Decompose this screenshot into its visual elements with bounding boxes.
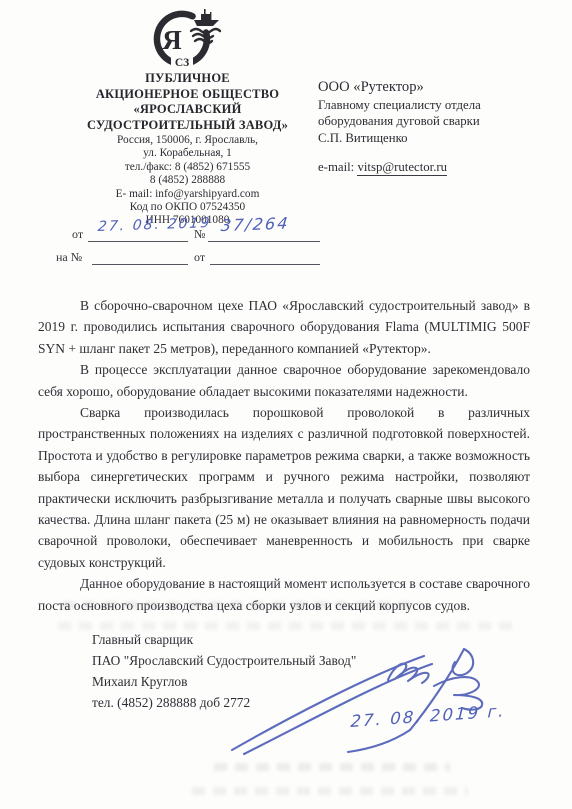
- address-line: Россия, 150006, г. Ярославль,: [30, 134, 345, 147]
- address-line: тел./факс: 8 (4852) 671555: [30, 161, 345, 174]
- ref-no-label: №: [194, 227, 205, 242]
- bleed-through-ghost: [62, 601, 422, 609]
- bleed-through-ghost: [192, 787, 468, 795]
- recipient-email-line: e-mail: vitsp@rutector.ru: [318, 159, 558, 175]
- shipyard-logo-icon: Я СЗ: [146, 6, 226, 72]
- scanned-letter: Я СЗ ПУБЛИЧНОЕ АКЦИОНЕРНОЕ ОБЩЕСТВО «ЯРО…: [0, 0, 572, 809]
- company-name-line: АКЦИОНЕРНОЕ ОБЩЕСТВО: [30, 87, 345, 103]
- address-line: ул. Корабельная, 1: [30, 147, 345, 160]
- company-name-line: СУДОСТРОИТЕЛЬНЫЙ ЗАВОД»: [30, 118, 345, 134]
- recipient-email: vitsp@rutector.ru: [357, 160, 447, 176]
- company-name-line: ПУБЛИЧНОЕ: [30, 71, 345, 87]
- letter-body: В сборочно-сварочном цехе ПАО «Ярославск…: [38, 295, 530, 616]
- handwritten-outgoing-number: 37/264: [220, 214, 291, 235]
- company-email-line: E- mail: info@yarshipyard.com: [30, 188, 345, 201]
- ship-icon: [194, 9, 219, 26]
- company-address-block: Россия, 150006, г. Ярославль, ул. Корабе…: [30, 134, 345, 228]
- ref-underline: [88, 241, 188, 242]
- recipient-block: ООО «Рутектор» Главному специалисту отде…: [318, 77, 558, 176]
- company-name-line: «ЯРОСЛАВСКИЙ: [30, 102, 345, 118]
- ref-ot2-label: от: [194, 250, 205, 265]
- logo-letter-sub: СЗ: [175, 57, 189, 69]
- ref-underline: [210, 264, 320, 265]
- recipient-line: С.П. Витищенко: [318, 130, 558, 146]
- company-name-block: ПУБЛИЧНОЕ АКЦИОНЕРНОЕ ОБЩЕСТВО «ЯРОСЛАВС…: [30, 71, 345, 133]
- body-paragraph: В сборочно-сварочном цехе ПАО «Ярославск…: [38, 295, 530, 359]
- body-paragraph: Данное оборудование в настоящий момент и…: [38, 573, 530, 616]
- ref-ot-label: от: [72, 227, 83, 242]
- body-paragraph: Сварка производилась порошковой проволок…: [38, 402, 530, 573]
- recipient-line: оборудования дуговой сварки: [318, 113, 558, 129]
- body-paragraph: В процессе эксплуатации данное сварочное…: [38, 359, 530, 402]
- bleed-through-ghost: [214, 763, 450, 771]
- recipient-email-label: e-mail:: [318, 160, 357, 174]
- address-line: Код по ОКПО 07524350: [30, 201, 345, 214]
- recipient-company: ООО «Рутектор»: [318, 77, 558, 97]
- ref-na-no-label: на №: [56, 250, 82, 265]
- logo-letter-main: Я: [162, 25, 182, 55]
- recipient-line: Главному специалисту отдела: [318, 97, 558, 113]
- address-line: 8 (4852) 288888: [30, 174, 345, 187]
- ref-underline: [92, 264, 188, 265]
- ref-underline: [208, 241, 320, 242]
